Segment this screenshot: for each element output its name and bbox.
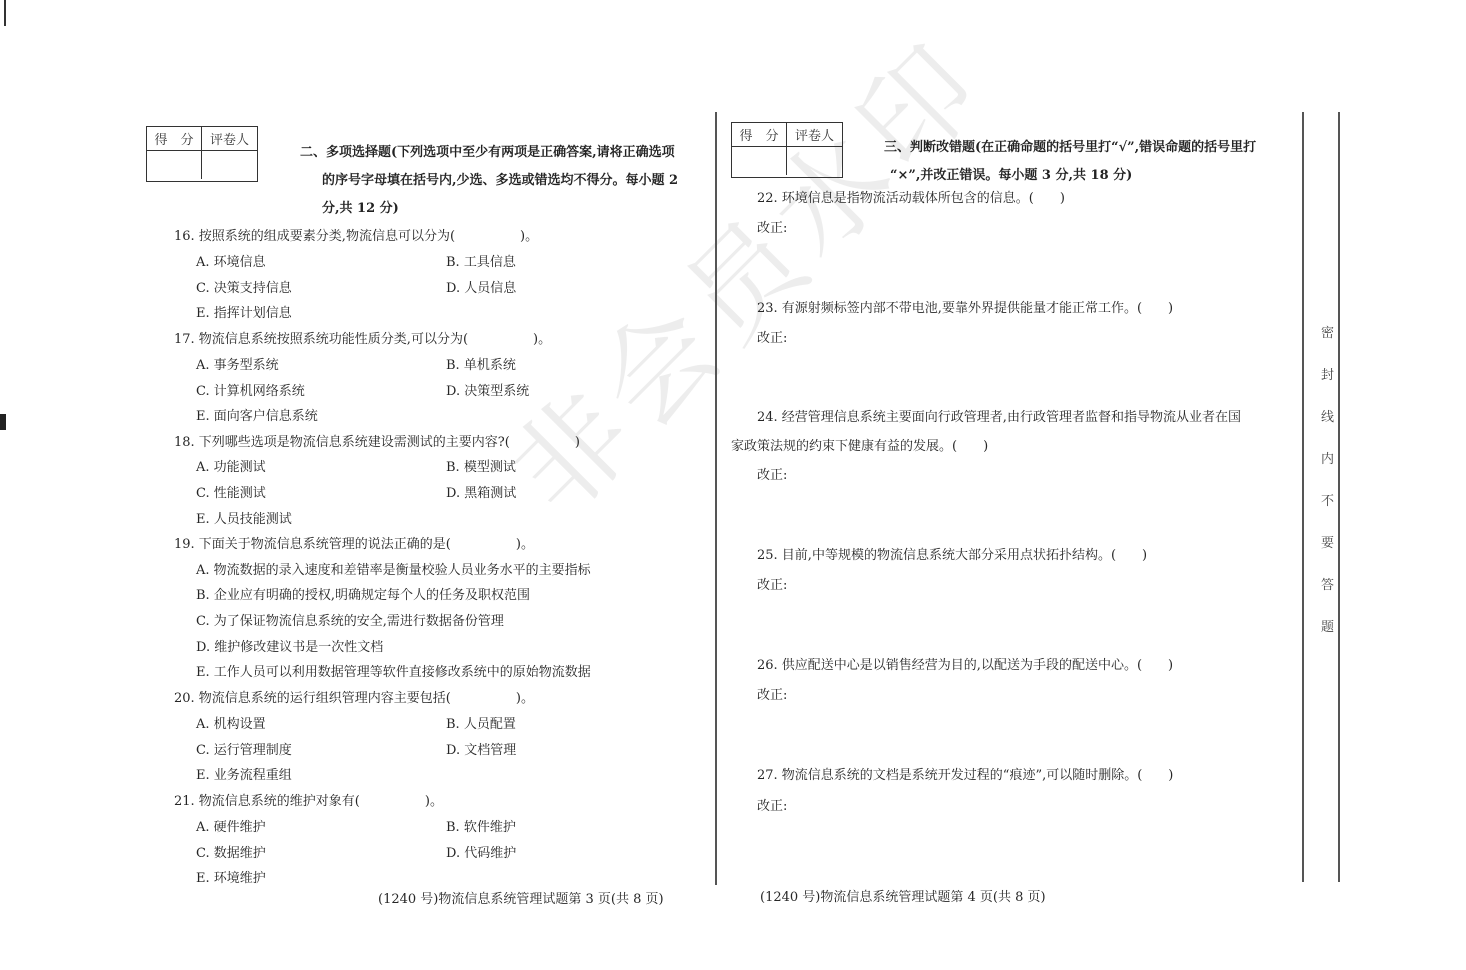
question-23-stem: 23. 有源射频标签内部不带电池,要靠外界提供能量才能正常工作。( ) xyxy=(757,301,1173,317)
q19-option-c: C. 为了保证物流信息系统的安全,需进行数据备份管理 xyxy=(196,614,504,630)
section2-title-line: 的序号字母填在括号内,少选、多选或错选均不得分。每小题 2 xyxy=(300,167,678,195)
grader-cell[interactable] xyxy=(202,151,257,179)
q20-option-b: B. 人员配置 xyxy=(446,717,516,733)
seal-char: 答 xyxy=(1321,574,1334,593)
scan-edge-mark-top xyxy=(4,0,6,26)
score-label: 得 分 xyxy=(732,123,787,147)
q16-option-e: E. 指挥计划信息 xyxy=(196,306,292,322)
seal-char: 题 xyxy=(1321,616,1334,635)
seal-char: 不 xyxy=(1321,490,1334,509)
score-cell[interactable] xyxy=(147,151,202,179)
q25-correction-label: 改正: xyxy=(757,578,787,594)
q18-option-e: E. 人员技能测试 xyxy=(196,512,292,528)
q17-option-d: D. 决策型系统 xyxy=(446,384,529,400)
q26-correction-area[interactable] xyxy=(800,685,1280,745)
q21-option-b: B. 软件维护 xyxy=(446,820,516,836)
seal-char: 要 xyxy=(1321,532,1334,551)
question-20-stem: 20. 物流信息系统的运行组织管理内容主要包括( )。 xyxy=(174,691,534,707)
question-24-stem-line2: 家政策法规的约束下健康有益的发展。( ) xyxy=(731,439,988,455)
q24-correction-area[interactable] xyxy=(800,465,1280,525)
q23-correction-label: 改正: xyxy=(757,331,787,347)
q16-option-d: D. 人员信息 xyxy=(446,281,516,297)
question-24-stem-line1: 24. 经营管理信息系统主要面向行政管理者,由行政管理者监督和指导物流从业者在国 xyxy=(757,410,1241,426)
q25-correction-area[interactable] xyxy=(800,575,1280,635)
section2-title-line: 二、多项选择题(下列选项中至少有两项是正确答案,请将正确选项 xyxy=(300,139,678,167)
seal-char: 内 xyxy=(1321,448,1334,467)
q16-option-b: B. 工具信息 xyxy=(446,255,516,271)
question-21-stem: 21. 物流信息系统的维护对象有( )。 xyxy=(174,794,443,810)
q24-correction-label: 改正: xyxy=(757,468,787,484)
q23-correction-area[interactable] xyxy=(800,328,1280,388)
question-26-stem: 26. 供应配送中心是以销售经营为目的,以配送为手段的配送中心。( ) xyxy=(757,658,1173,674)
question-19-stem: 19. 下面关于物流信息系统管理的说法正确的是( )。 xyxy=(174,537,534,553)
q20-option-c: C. 运行管理制度 xyxy=(196,743,292,759)
section2-title: 二、多项选择题(下列选项中至少有两项是正确答案,请将正确选项 的序号字母填在括号… xyxy=(300,139,678,223)
q17-option-a: A. 事务型系统 xyxy=(196,358,279,374)
q18-option-a: A. 功能测试 xyxy=(196,460,266,476)
scan-edge-mark-left xyxy=(0,414,6,430)
q27-correction-label: 改正: xyxy=(757,799,787,815)
q21-option-e: E. 环境维护 xyxy=(196,871,266,887)
q17-option-e: E. 面向客户信息系统 xyxy=(196,409,318,425)
q20-option-a: A. 机构设置 xyxy=(196,717,266,733)
score-label: 得 分 xyxy=(147,127,202,151)
seal-line-right xyxy=(1338,112,1340,882)
q22-correction-label: 改正: xyxy=(757,221,787,237)
q16-option-a: A. 环境信息 xyxy=(196,255,266,271)
grader-label: 评卷人 xyxy=(787,123,842,147)
section3-title-line: 三、判断改错题(在正确命题的括号里打“√”,错误命题的括号里打 xyxy=(884,134,1256,162)
q18-option-d: D. 黑箱测试 xyxy=(446,486,516,502)
grader-label: 评卷人 xyxy=(202,127,257,151)
seal-line-left xyxy=(1302,112,1304,882)
seal-char: 密 xyxy=(1321,322,1334,341)
question-17-stem: 17. 物流信息系统按照系统功能性质分类,可以分为( )。 xyxy=(174,332,551,348)
question-27-stem: 27. 物流信息系统的文档是系统开发过程的“痕迹”,可以随时删除。( ) xyxy=(757,768,1173,784)
q20-option-e: E. 业务流程重组 xyxy=(196,768,292,784)
question-25-stem: 25. 目前,中等规模的物流信息系统大部分采用点状拓扑结构。( ) xyxy=(757,548,1147,564)
seal-char: 封 xyxy=(1321,364,1334,383)
q19-option-b: B. 企业应有明确的授权,明确规定每个人的任务及职权范围 xyxy=(196,588,530,604)
q21-option-a: A. 硬件维护 xyxy=(196,820,266,836)
grader-cell[interactable] xyxy=(787,147,842,175)
footer-page-4: (1240 号)物流信息系统管理试题第 4 页(共 8 页) xyxy=(760,890,1046,906)
question-16-stem: 16. 按照系统的组成要素分类,物流信息可以分为( )。 xyxy=(174,229,538,245)
score-cell[interactable] xyxy=(732,147,787,175)
q19-option-e: E. 工作人员可以利用数据管理等软件直接修改系统中的原始物流数据 xyxy=(196,665,591,681)
q17-option-b: B. 单机系统 xyxy=(446,358,516,374)
page-divider xyxy=(715,112,717,885)
q18-option-b: B. 模型测试 xyxy=(446,460,516,476)
score-box-section2: 得 分 评卷人 xyxy=(146,126,258,182)
q17-option-c: C. 计算机网络系统 xyxy=(196,384,305,400)
q27-correction-area[interactable] xyxy=(800,796,1280,856)
q21-option-d: D. 代码维护 xyxy=(446,846,516,862)
q20-option-d: D. 文档管理 xyxy=(446,743,516,759)
q26-correction-label: 改正: xyxy=(757,688,787,704)
q21-option-c: C. 数据维护 xyxy=(196,846,266,862)
section3-title-line: “×”,并改正错误。每小题 3 分,共 18 分) xyxy=(884,162,1256,190)
q22-correction-area[interactable] xyxy=(800,218,1280,278)
section3-title: 三、判断改错题(在正确命题的括号里打“√”,错误命题的括号里打 “×”,并改正错… xyxy=(884,134,1256,190)
footer-page-3: (1240 号)物流信息系统管理试题第 3 页(共 8 页) xyxy=(378,892,664,908)
q19-option-d: D. 维护修改建议书是一次性文档 xyxy=(196,640,383,656)
question-22-stem: 22. 环境信息是指物流活动载体所包含的信息。( ) xyxy=(757,191,1065,207)
q18-option-c: C. 性能测试 xyxy=(196,486,266,502)
seal-char: 线 xyxy=(1321,406,1334,425)
q19-option-a: A. 物流数据的录入速度和差错率是衡量校验人员业务水平的主要指标 xyxy=(196,563,591,579)
score-box-section3: 得 分 评卷人 xyxy=(731,122,843,178)
q16-option-c: C. 决策支持信息 xyxy=(196,281,292,297)
section2-title-line: 分,共 12 分) xyxy=(300,195,678,223)
question-18-stem: 18. 下列哪些选项是物流信息系统建设需测试的主要内容?( ) xyxy=(174,435,580,451)
